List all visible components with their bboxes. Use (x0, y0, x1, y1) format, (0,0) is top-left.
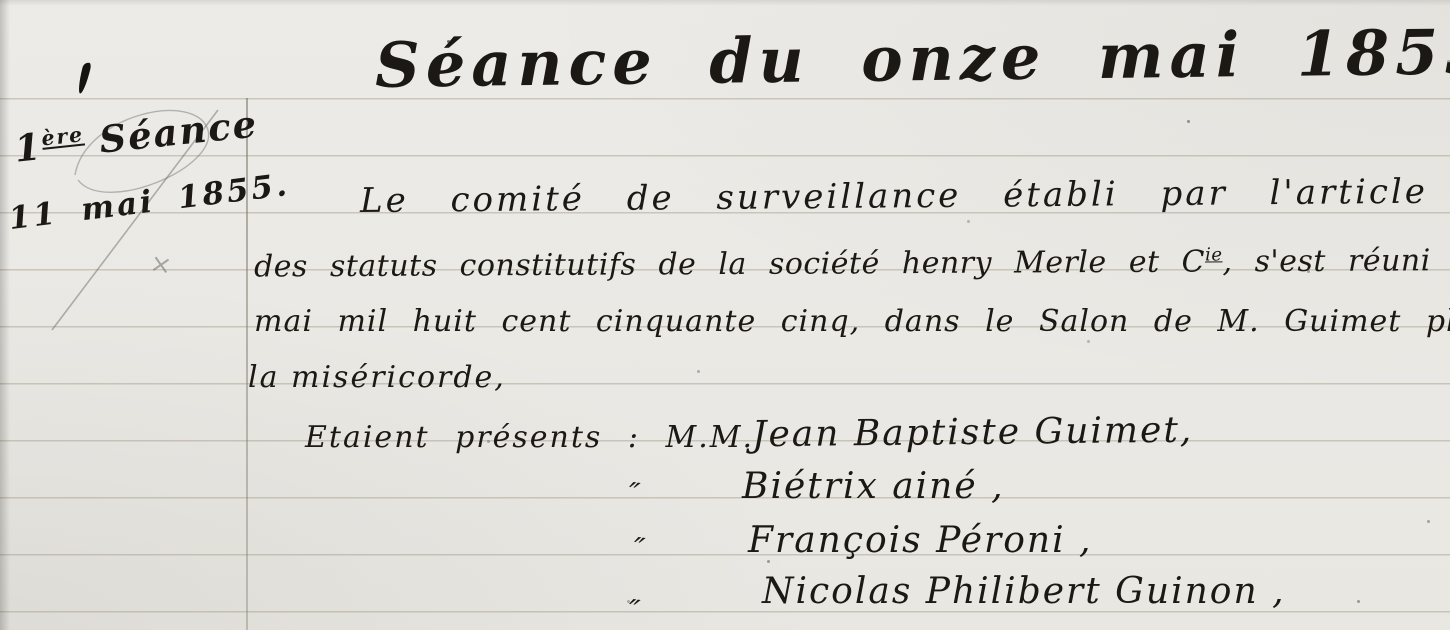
attendee-name: Jean Baptiste Guimet, (752, 410, 1194, 456)
body-line-3: mai mil huit cent cinquante cinq, dans l… (254, 304, 1450, 339)
scan-edge-top (0, 0, 1450, 6)
page-title: Séance du onze mai 1855 (375, 15, 1450, 102)
body-line-4: la miséricorde, (248, 360, 506, 395)
body-line-2-middle: , s'est réuni le (1222, 243, 1450, 279)
body-line-2: des statuts constitutifs de la société h… (254, 241, 1450, 285)
attendee-name: Nicolas Philibert Guinon , (762, 571, 1286, 612)
compagnie-superscript: ie (1205, 244, 1223, 265)
body-line-1: Le comité de surveillance établi par l'a… (360, 171, 1450, 221)
ink-blot (76, 62, 92, 95)
pencil-x-mark: × (148, 248, 175, 281)
margin-session-note: 1ère Séance (12, 101, 260, 170)
session-ordinal-suffix: ère (40, 122, 85, 150)
margin-date-note: 11 mai 1855. (7, 167, 292, 237)
ditto-mark: ″ (626, 476, 642, 512)
manuscript-page: × Séance du onze mai 1855 1ère Séance 11… (0, 0, 1450, 630)
session-word: Séance (82, 101, 260, 163)
ditto-mark: ″ (626, 593, 642, 629)
attendee-name: Biétrix ainé , (742, 466, 1005, 507)
scan-edge-left (0, 0, 10, 630)
ditto-mark: ″ (631, 531, 647, 567)
body-line-2-start: des statuts constitutifs de la société h… (254, 245, 1205, 285)
attendee-name: François Péroni , (748, 520, 1092, 561)
presents-label: Etaient présents : M.M. (305, 420, 754, 455)
